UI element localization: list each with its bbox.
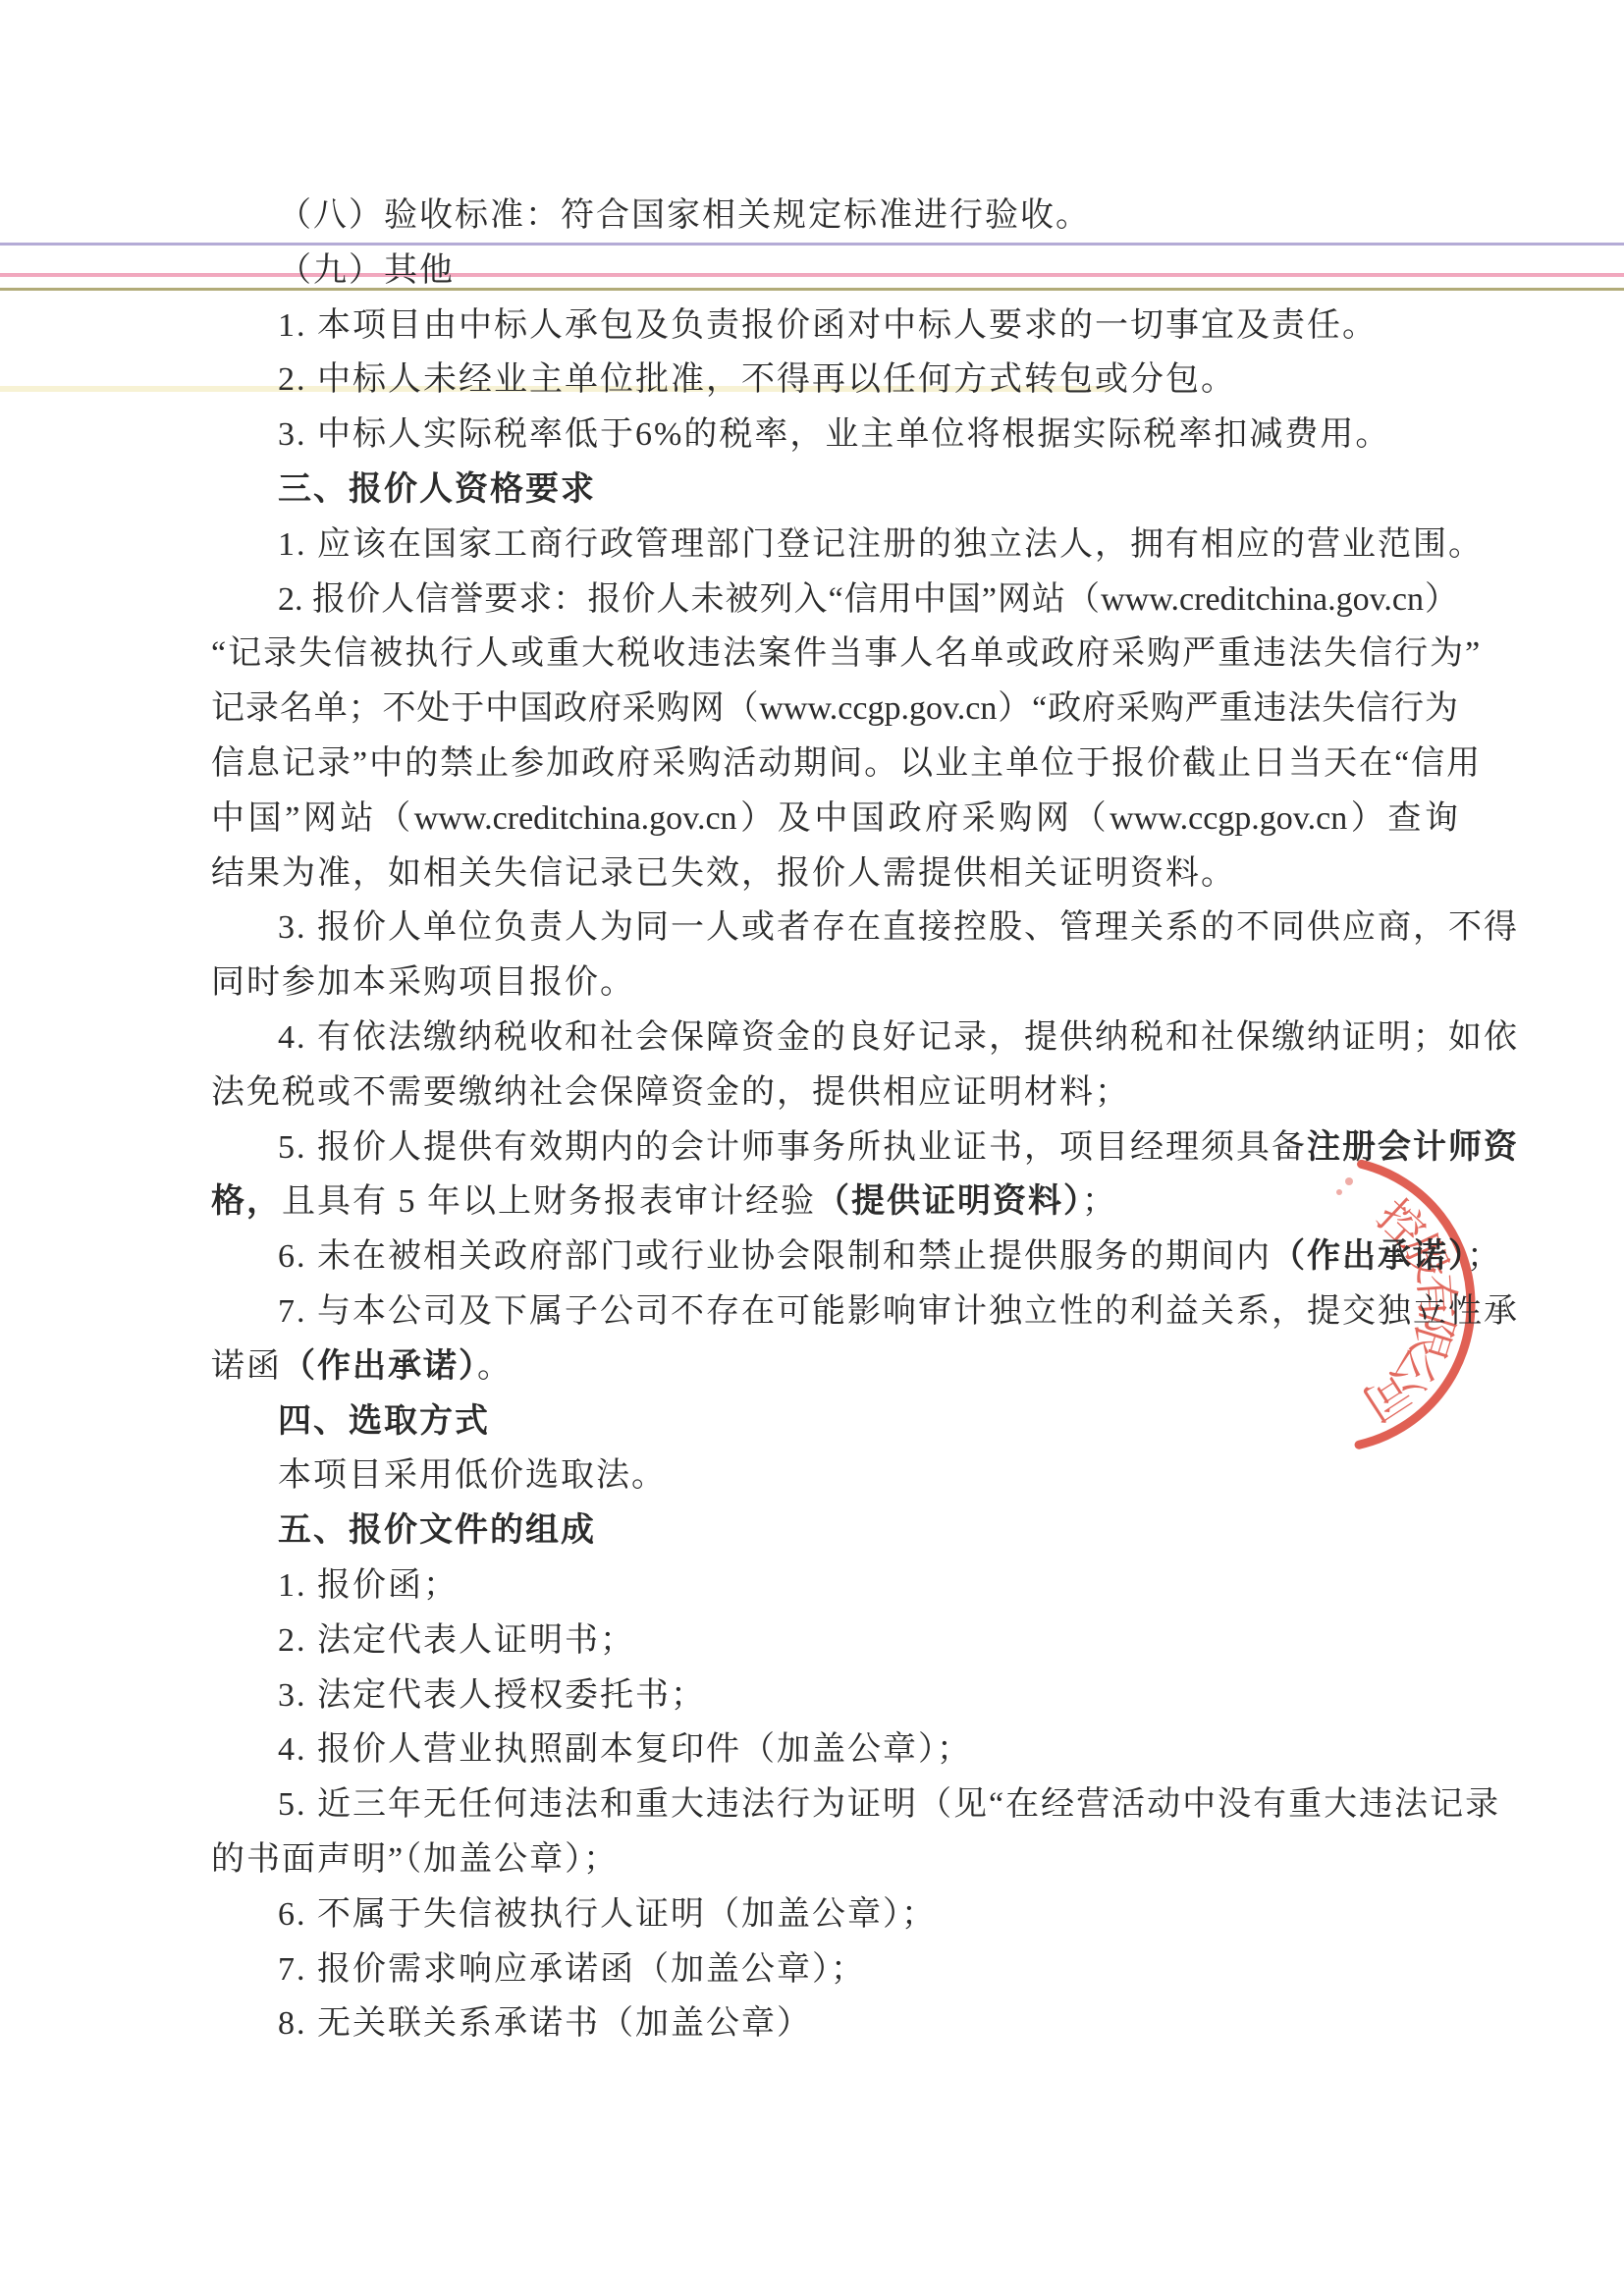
text-segment: 诺函	[211, 1348, 282, 1385]
text-segment: 本项目采用低价选取法。	[278, 1457, 667, 1494]
text-line: 结果为准，如相关失信记录已失效，报价人需提供相关证明资料。	[211, 847, 1458, 902]
text-segment: ；	[1082, 1183, 1117, 1220]
text-line: 8. 无关联关系承诺书（加盖公章）	[211, 1996, 1458, 2051]
text-line: 3. 中标人实际税率低于6%的税率，业主单位将根据实际税率扣减费用。	[211, 408, 1458, 463]
text-line: 记录名单；不处于中国政府采购网（www.ccgp.gov.cn）“政府采购严重违…	[211, 682, 1458, 737]
text-segment: “记录失信被执行人或重大税收违法案件当事人名单或政府采购严重违法失信行为”	[211, 635, 1482, 672]
text-line: 三、报价人资格要求	[211, 463, 1458, 518]
bold-text-segment: （提供证明资料）	[816, 1183, 1082, 1220]
text-line: 7. 报价需求响应承诺函（加盖公章）；	[211, 1942, 1458, 1997]
text-segment: 4. 有依法缴纳税收和社会保障资金的良好记录，提供纳税和社保缴纳证明；如依	[278, 1019, 1519, 1056]
text-segment: 3. 法定代表人授权委托书；	[278, 1677, 706, 1714]
text-line: （八）验收标准：符合国家相关规定标准进行验收。	[211, 189, 1458, 244]
text-line: 中国”网站（www.creditchina.gov.cn）及中国政府采购网（ww…	[211, 792, 1458, 847]
text-line: 信息记录”中的禁止参加政府采购活动期间。以业主单位于报价截止日当天在“信用	[211, 737, 1458, 792]
bold-text-segment: （作出承诺）	[282, 1348, 477, 1385]
text-segment: 6. 不属于失信被执行人证明（加盖公章）；	[278, 1896, 937, 1933]
text-line: “记录失信被执行人或重大税收违法案件当事人名单或政府采购严重违法失信行为”	[211, 627, 1458, 682]
text-segment: 1. 报价函；	[278, 1567, 459, 1604]
text-line: 6. 未在被相关政府部门或行业协会限制和禁止提供服务的期间内（作出承诺）；	[211, 1230, 1458, 1285]
text-line: 本项目采用低价选取法。	[211, 1449, 1458, 1503]
bold-text-segment: （作出承诺）	[1272, 1238, 1467, 1275]
text-line: 1. 本项目由中标人承包及负责报价函对中标人要求的一切事宜及责任。	[211, 299, 1458, 354]
text-segment: （九）其他	[278, 252, 455, 289]
text-segment: 中国”网站（www.creditchina.gov.cn）及中国政府采购网（ww…	[211, 800, 1458, 837]
text-segment: 且具有 5 年以上财务报表审计经验	[282, 1183, 816, 1220]
text-line: 格，且具有 5 年以上财务报表审计经验（提供证明资料）；	[211, 1175, 1458, 1230]
text-segment: 8. 无关联关系承诺书（加盖公章）	[278, 2005, 812, 2042]
bold-text-segment: 四、选取方式	[278, 1403, 490, 1440]
text-segment: （八）验收标准：符合国家相关规定标准进行验收。	[278, 197, 1091, 234]
text-segment: 7. 与本公司及下属子公司不存在可能影响审计独立性的利益关系，提交独立性承	[278, 1293, 1519, 1330]
document-text-column: （八）验收标准：符合国家相关规定标准进行验收。（九）其他1. 本项目由中标人承包…	[211, 189, 1458, 2051]
text-line: 4. 有依法缴纳税收和社会保障资金的良好记录，提供纳税和社保缴纳证明；如依	[211, 1011, 1458, 1066]
text-line: 法免税或不需要缴纳社会保障资金的，提供相应证明材料；	[211, 1066, 1458, 1121]
text-segment: 的书面声明”（加盖公章）；	[211, 1841, 619, 1878]
text-line: 2. 中标人未经业主单位批准，不得再以任何方式转包或分包。	[211, 353, 1458, 408]
document-page: 控股有限公司 （八）验收标准：符合国家相关规定标准进行验收。（九）其他1. 本项…	[0, 0, 1624, 2296]
text-line: 1. 应该在国家工商行政管理部门登记注册的独立法人，拥有相应的营业范围。	[211, 518, 1458, 573]
text-line: 五、报价文件的组成	[211, 1503, 1458, 1558]
text-segment: 2. 法定代表人证明书；	[278, 1622, 635, 1659]
text-segment: 。	[477, 1348, 513, 1385]
text-segment: 5. 近三年无任何违法和重大违法行为证明（见“在经营活动中没有重大违法记录	[278, 1786, 1500, 1823]
text-line: 5. 近三年无任何违法和重大违法行为证明（见“在经营活动中没有重大违法记录	[211, 1777, 1458, 1832]
text-line: 3. 法定代表人授权委托书；	[211, 1668, 1458, 1723]
text-segment: 2. 中标人未经业主单位批准，不得再以任何方式转包或分包。	[278, 361, 1236, 398]
text-line: 1. 报价函；	[211, 1558, 1458, 1613]
bold-text-segment: 三、报价人资格要求	[278, 471, 596, 508]
text-line: 四、选取方式	[211, 1394, 1458, 1449]
text-segment: 信息记录”中的禁止参加政府采购活动期间。以业主单位于报价截止日当天在“信用	[211, 745, 1482, 782]
bold-text-segment: 格，	[211, 1183, 282, 1220]
text-segment: 结果为准，如相关失信记录已失效，报价人需提供相关证明资料。	[211, 855, 1236, 892]
text-segment: 3. 中标人实际税率低于6%的税率，业主单位将根据实际税率扣减费用。	[278, 416, 1390, 453]
text-segment: 1. 应该在国家工商行政管理部门登记注册的独立法人，拥有相应的营业范围。	[278, 526, 1484, 563]
text-line: 6. 不属于失信被执行人证明（加盖公章）；	[211, 1887, 1458, 1942]
bold-text-segment: 注册会计师资	[1307, 1129, 1519, 1166]
text-segment: 同时参加本采购项目报价。	[211, 964, 635, 1001]
text-line: （九）其他	[211, 244, 1458, 299]
text-line: 2. 法定代表人证明书；	[211, 1613, 1458, 1668]
text-segment: 记录名单；不处于中国政府采购网（www.ccgp.gov.cn）“政府采购严重违…	[211, 690, 1458, 727]
text-line: 5. 报价人提供有效期内的会计师事务所执业证书，项目经理须具备注册会计师资	[211, 1121, 1458, 1175]
text-line: 3. 报价人单位负责人为同一人或者存在直接控股、管理关系的不同供应商，不得	[211, 901, 1458, 956]
text-line: 诺函（作出承诺）。	[211, 1339, 1458, 1394]
text-line: 4. 报价人营业执照副本复印件（加盖公章）；	[211, 1722, 1458, 1777]
text-segment: 3. 报价人单位负责人为同一人或者存在直接控股、管理关系的不同供应商，不得	[278, 909, 1519, 946]
text-segment: 法免税或不需要缴纳社会保障资金的，提供相应证明材料；	[211, 1074, 1130, 1111]
text-line: 的书面声明”（加盖公章）；	[211, 1832, 1458, 1887]
text-line: 2. 报价人信誉要求：报价人未被列入“信用中国”网站（www.creditchi…	[211, 573, 1458, 628]
text-segment: 4. 报价人营业执照副本复印件（加盖公章）；	[278, 1731, 972, 1768]
text-line: 7. 与本公司及下属子公司不存在可能影响审计独立性的利益关系，提交独立性承	[211, 1285, 1458, 1339]
text-segment: 1. 本项目由中标人承包及负责报价函对中标人要求的一切事宜及责任。	[278, 307, 1378, 344]
bold-text-segment: 五、报价文件的组成	[278, 1512, 596, 1549]
text-segment: ；	[1467, 1238, 1502, 1275]
text-segment: 2. 报价人信誉要求：报价人未被列入“信用中国”网站（www.creditchi…	[278, 581, 1458, 618]
text-line: 同时参加本采购项目报价。	[211, 956, 1458, 1011]
text-segment: 6. 未在被相关政府部门或行业协会限制和禁止提供服务的期间内	[278, 1238, 1272, 1275]
text-segment: 7. 报价需求响应承诺函（加盖公章）；	[278, 1951, 866, 1988]
text-segment: 5. 报价人提供有效期内的会计师事务所执业证书，项目经理须具备	[278, 1129, 1307, 1166]
